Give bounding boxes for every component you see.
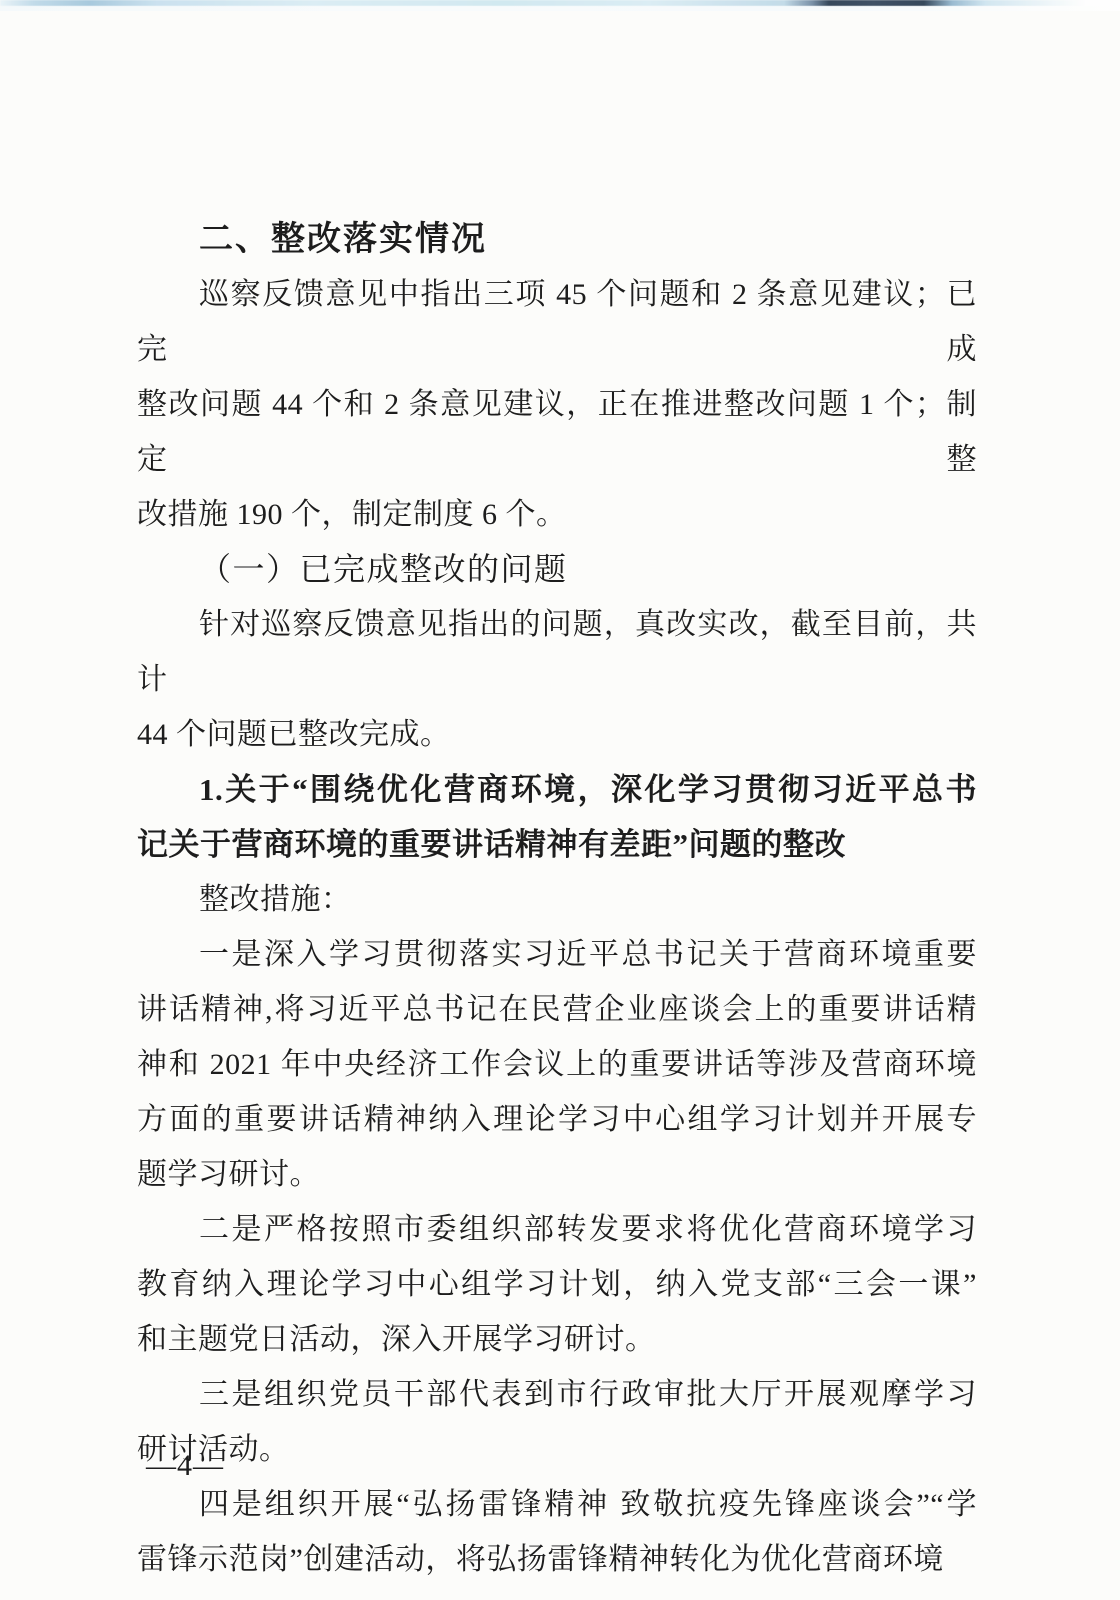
paragraph-summary-line-2: 整改问题 44 个和 2 条意见建议，正在推进整改问题 1 个；制定整 — [137, 377, 977, 487]
measure-3-line-1: 三是组织党员干部代表到市行政审批大厅开展观摩学习 — [137, 1367, 977, 1422]
measures-label-line-1: 整改措施： — [137, 872, 977, 927]
measure-2-line-1: 二是严格按照市委组织部转发要求将优化营商环境学习 — [137, 1202, 977, 1257]
issue-1-heading: 1.关于“围绕优化营商环境，深化学习贯彻习近平总书记关于营商环境的重要讲话精神有… — [137, 762, 977, 872]
document-body: 二、整改落实情况巡察反馈意见中指出三项 45 个问题和 2 条意见建议；已完成整… — [137, 212, 977, 1587]
measure-4: 四是组织开展“弘扬雷锋精神 致敬抗疫先锋座谈会”“学雷锋示范岗”创建活动，将弘扬… — [137, 1477, 977, 1587]
measure-1-line-5: 题学习研讨。 — [137, 1147, 977, 1202]
measure-4-line-1: 四是组织开展“弘扬雷锋精神 致敬抗疫先锋座谈会”“学 — [137, 1477, 977, 1532]
document-page: 二、整改落实情况巡察反馈意见中指出三项 45 个问题和 2 条意见建议；已完成整… — [0, 0, 1120, 1600]
measure-1-line-3: 神和 2021 年中央经济工作会议上的重要讲话等涉及营商环境 — [137, 1037, 977, 1092]
measure-4-line-2: 雷锋示范岗”创建活动，将弘扬雷锋精神转化为优化营商环境 — [137, 1532, 977, 1587]
section-heading-line-1: 二、整改落实情况 — [137, 212, 977, 267]
paragraph-completed-overview-line-1: 针对巡察反馈意见指出的问题，真改实改，截至目前，共计 — [137, 597, 977, 707]
measure-2-line-3: 和主题党日活动，深入开展学习研讨。 — [137, 1312, 977, 1367]
paragraph-completed-overview: 针对巡察反馈意见指出的问题，真改实改，截至目前，共计44 个问题已整改完成。 — [137, 597, 977, 762]
measure-2-line-2: 教育纳入理论学习中心组学习计划，纳入党支部“三会一课” — [137, 1257, 977, 1312]
measure-1-line-1: 一是深入学习贯彻落实习近平总书记关于营商环境重要 — [137, 927, 977, 982]
measure-3-line-2: 研讨活动。 — [137, 1422, 977, 1477]
paragraph-summary-line-1: 巡察反馈意见中指出三项 45 个问题和 2 条意见建议；已完成 — [137, 267, 977, 377]
scan-artifact-fade — [0, 6, 1120, 11]
section-heading: 二、整改落实情况 — [137, 212, 977, 267]
measure-2: 二是严格按照市委组织部转发要求将优化营商环境学习教育纳入理论学习中心组学习计划，… — [137, 1202, 977, 1367]
issue-1-heading-line-2: 记关于营商环境的重要讲话精神有差距”问题的整改 — [137, 817, 977, 872]
paragraph-summary: 巡察反馈意见中指出三项 45 个问题和 2 条意见建议；已完成整改问题 44 个… — [137, 267, 977, 542]
measure-3: 三是组织党员干部代表到市行政审批大厅开展观摩学习研讨活动。 — [137, 1367, 977, 1477]
subsection-heading: （一）已完成整改的问题 — [137, 542, 977, 597]
subsection-heading-line-1: （一）已完成整改的问题 — [137, 542, 977, 597]
measures-label: 整改措施： — [137, 872, 977, 927]
paragraph-completed-overview-line-2: 44 个问题已整改完成。 — [137, 707, 977, 762]
measure-1: 一是深入学习贯彻落实习近平总书记关于营商环境重要讲话精神,将习近平总书记在民营企… — [137, 927, 977, 1202]
page-number: —4— — [146, 1449, 224, 1483]
issue-1-heading-line-1: 1.关于“围绕优化营商环境，深化学习贯彻习近平总书 — [137, 762, 977, 817]
paragraph-summary-line-3: 改措施 190 个，制定制度 6 个。 — [137, 487, 977, 542]
measure-1-line-4: 方面的重要讲话精神纳入理论学习中心组学习计划并开展专 — [137, 1092, 977, 1147]
measure-1-line-2: 讲话精神,将习近平总书记在民营企业座谈会上的重要讲话精 — [137, 982, 977, 1037]
